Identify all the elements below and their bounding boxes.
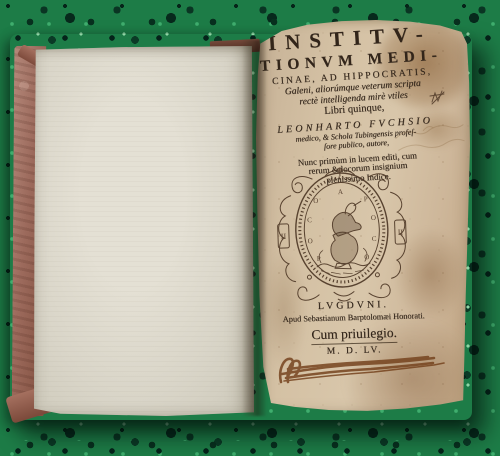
ink-monogram-mark [428,88,448,108]
motto-letter: O [371,214,376,222]
motto-letter: O [313,197,318,205]
crossed-out-inscription [274,348,446,388]
motto-letter: O [364,253,369,261]
photograph-antique-book: INSTITV- TIONVM MEDI- CINAE, AD HIPPOCRA… [0,0,500,456]
column-numeral-left: II [281,232,287,241]
motto-letter: C [307,216,312,224]
motto-letter: O [308,237,313,245]
faint-handwritten-inscription [393,115,470,164]
blank-flyleaf-page [34,46,254,416]
book-gutter-shadow [242,40,266,416]
printers-device-woodcut: O C O P A P O C O II II [270,164,415,307]
motto-letter: P [364,195,368,203]
motto-letter: C [372,235,377,243]
engraving-bird-and-urn [315,201,370,275]
title-page: INSTITV- TIONVM MEDI- CINAE, AD HIPPOCRA… [256,20,470,414]
motto-letter: P [317,255,321,263]
privilege-line: Cum priuilegio. [258,323,450,344]
column-numeral-right: II [398,228,404,237]
motto-letter-top: A [338,188,343,196]
